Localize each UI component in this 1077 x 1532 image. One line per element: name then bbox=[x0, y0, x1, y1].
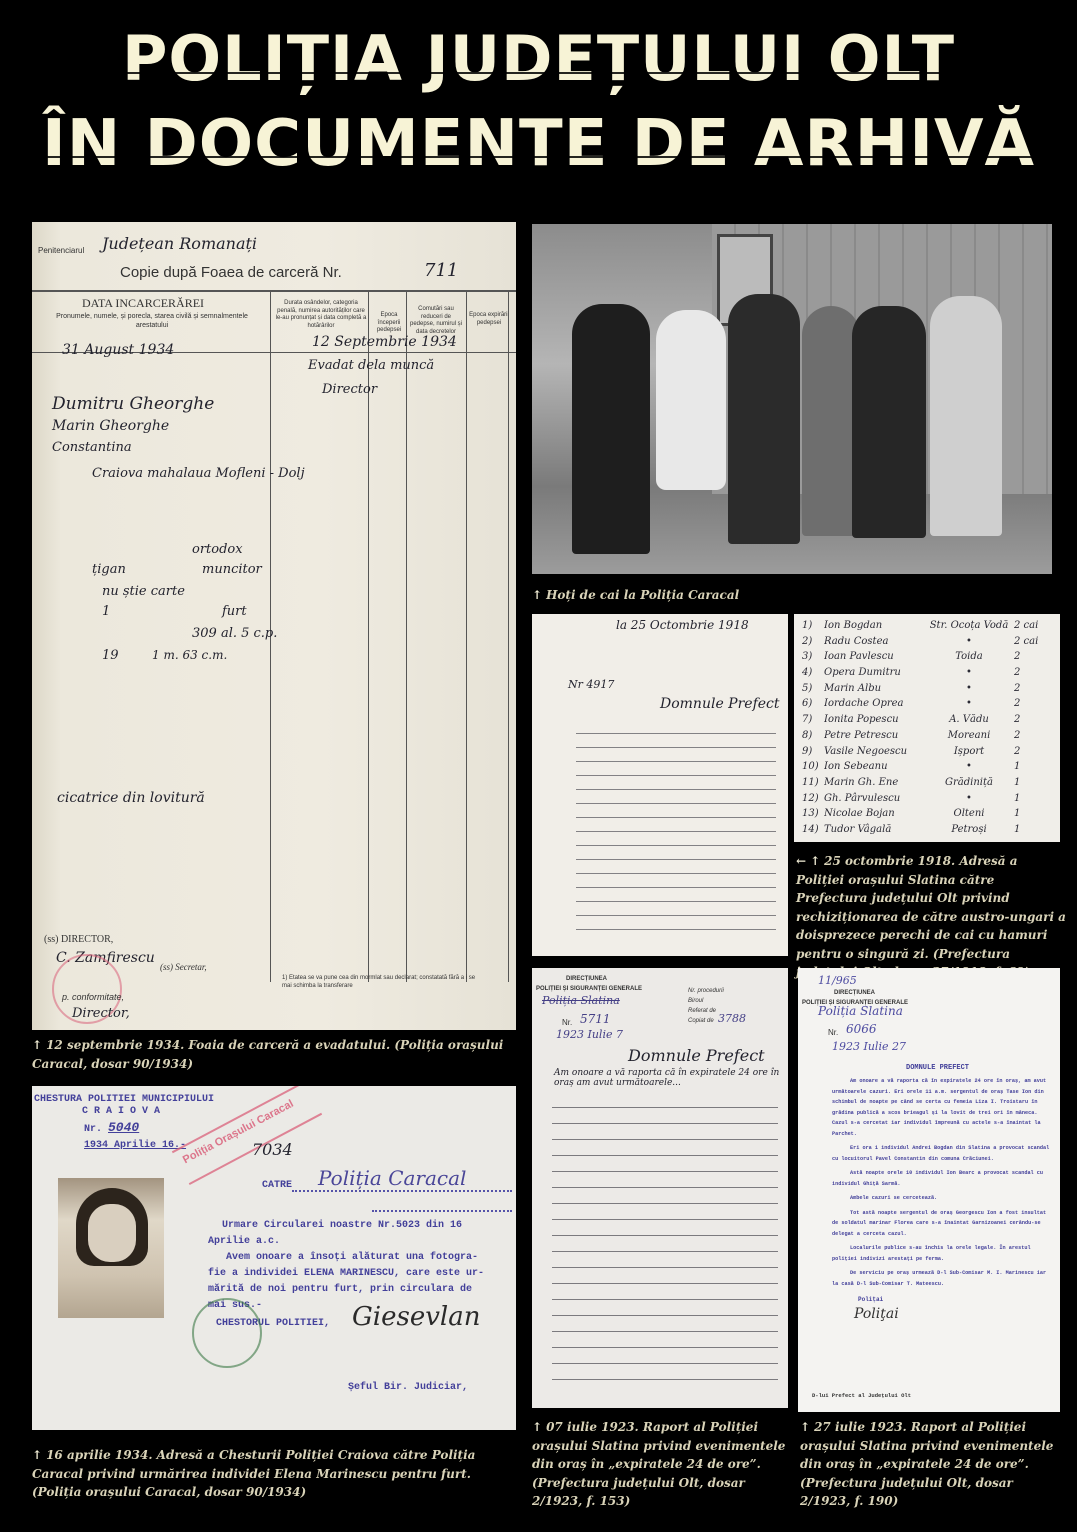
document-adresa-1918: la 25 Octombrie 1918 Nr 4917 Domnule Pre… bbox=[532, 614, 788, 956]
list-item: 3)Ioan PavlescuToida2 bbox=[802, 649, 1056, 665]
list-item: 5)Marin Albu•2 bbox=[802, 681, 1056, 697]
list-cell-count: 1 bbox=[1014, 822, 1054, 838]
body-line1: Urmare Circularei noastre Nr.5023 din 16 bbox=[222, 1220, 462, 1231]
list-cell-name: Tudor Vâgală bbox=[824, 822, 924, 838]
man-figure bbox=[728, 294, 800, 544]
list-cell-nr: 7) bbox=[802, 712, 824, 728]
column-line bbox=[508, 292, 509, 982]
white-horse-figure bbox=[656, 310, 726, 490]
penitenciar-value: Județean Romanați bbox=[102, 234, 257, 253]
arrow-up-icon: ↑ bbox=[532, 588, 542, 602]
doc-date: 1923 Iulie 7 bbox=[556, 1028, 623, 1041]
list-cell-count: 2 bbox=[1014, 649, 1054, 665]
arrow-up-icon: ↑ bbox=[800, 1420, 810, 1434]
report-paragraph: Am onoare a vă raporta că în expiratele … bbox=[832, 1076, 1054, 1139]
stamp-number: 7034 bbox=[252, 1140, 293, 1159]
list-item: 1)Ion BogdanStr. Ocoța Vodă2 cai bbox=[802, 618, 1056, 634]
list-cell-nr: 12) bbox=[802, 791, 824, 807]
list-cell-name: Iordache Oprea bbox=[824, 696, 924, 712]
children-count: 1 bbox=[102, 604, 110, 619]
handwritten-text-lines bbox=[576, 722, 776, 942]
list-cell-name: Nicolae Bojan bbox=[824, 806, 924, 822]
title-scratch-decoration bbox=[30, 156, 1047, 158]
note-signature: Director bbox=[322, 382, 377, 397]
title-scratch-decoration bbox=[30, 72, 1047, 74]
list-item: 9)Vasile NegoescuIșport2 bbox=[802, 744, 1056, 760]
recipient-label: CATRE bbox=[262, 1180, 292, 1191]
column-line bbox=[466, 292, 467, 982]
conform-director: Director, bbox=[72, 1006, 130, 1021]
reg-label-4: Copiat de bbox=[688, 1018, 714, 1024]
list-cell-place: Ișport bbox=[924, 744, 1014, 760]
report-paragraph: Ambele cazuri se cercetează. bbox=[832, 1193, 1054, 1204]
office: Poliția Slatina bbox=[542, 994, 620, 1007]
list-cell-place: • bbox=[924, 634, 1014, 650]
secretar-label: (ss) Secretar, bbox=[160, 962, 207, 972]
list-cell-nr: 9) bbox=[802, 744, 824, 760]
header-line2: C R A I O V A bbox=[82, 1106, 160, 1117]
header-line1: DIRECȚIUNEA bbox=[834, 990, 875, 996]
report-paragraph: Astă noapte orele 10 individul Ion Bearc… bbox=[832, 1168, 1054, 1189]
caption-07-iulie: ↑07 iulie 1923. Raport al Poliției orașu… bbox=[532, 1418, 794, 1511]
list-item: 10)Ion Sebeanu•1 bbox=[802, 759, 1056, 775]
number-label: Nr. bbox=[562, 1018, 572, 1027]
list-cell-name: Radu Costea bbox=[824, 634, 924, 650]
footnote: 1) Etatea se va pune cea din mormlat sau… bbox=[282, 974, 482, 990]
body-line4: fie a individei ELENA MARINESCU, care es… bbox=[208, 1268, 484, 1279]
gendarme-figure bbox=[572, 304, 650, 554]
caption-27-iulie: ↑27 iulie 1923. Raport al Poliției orașu… bbox=[800, 1418, 1062, 1511]
form-number: 711 bbox=[424, 260, 458, 281]
list-cell-count: 1 bbox=[1014, 806, 1054, 822]
arrow-up-icon: ↑ bbox=[810, 854, 820, 868]
man-figure bbox=[852, 306, 926, 538]
list-cell-nr: 4) bbox=[802, 665, 824, 681]
photo-hoti-de-cai: Fotografie: un jandarm și patru bărbați … bbox=[532, 224, 1052, 574]
birth-place: Craiova mahalaua Mofleni - Dolj bbox=[92, 466, 305, 481]
note-date: 12 Septembrie 1934 bbox=[312, 334, 457, 350]
doc-date: 1923 Iulie 27 bbox=[832, 1040, 906, 1053]
list-item: 7)Ionita PopescuA. Vădu2 bbox=[802, 712, 1056, 728]
religion: ortodox bbox=[192, 542, 243, 557]
green-stamp-icon bbox=[192, 1298, 262, 1368]
list-cell-count: 2 bbox=[1014, 696, 1054, 712]
list-cell-name: Opera Dumitru bbox=[824, 665, 924, 681]
father-name: Marin Gheorghe bbox=[52, 418, 169, 434]
report-paragraph: Localurile publice s-au închis la orele … bbox=[832, 1243, 1054, 1264]
col-data-header: DATA INCARCERĂREI bbox=[82, 296, 204, 311]
number-label: Nr. bbox=[84, 1124, 102, 1135]
document-lista-cai-1918: 1)Ion BogdanStr. Ocoța Vodă2 cai2)Radu C… bbox=[794, 614, 1060, 842]
list-cell-nr: 1) bbox=[802, 618, 824, 634]
form-heading: Copie după Foaea de carceră Nr. bbox=[120, 264, 342, 281]
article: 309 al. 5 c.p. bbox=[192, 626, 277, 641]
list-cell-nr: 10) bbox=[802, 759, 824, 775]
col-epoca-header: Epoca începerii pedepsei bbox=[371, 312, 407, 335]
list-cell-nr: 6) bbox=[802, 696, 824, 712]
list-cell-place: • bbox=[924, 759, 1014, 775]
list-cell-count: 1 bbox=[1014, 775, 1054, 791]
reg-number: 3788 bbox=[718, 1012, 746, 1025]
body-line3: Avem onoare a însoți alăturat una fotogr… bbox=[226, 1252, 478, 1263]
reg-label-1: Nr. procedurii bbox=[688, 988, 724, 994]
col-durata-header: Durata osândelor, categoria penală, numi… bbox=[275, 300, 367, 330]
note-escaped: Evadat dela muncă bbox=[308, 358, 434, 373]
doc-number: 6066 bbox=[846, 1022, 877, 1036]
arrow-left-icon: ← bbox=[796, 854, 806, 868]
recipient: Poliția Caracal bbox=[318, 1166, 466, 1190]
addressee: D-lui Prefect al Județului Olt bbox=[812, 1392, 911, 1399]
list-cell-name: Ioan Pavlescu bbox=[824, 649, 924, 665]
entry-date: 31 August 1934 bbox=[62, 342, 174, 358]
letter-greeting: DOMNULE PREFECT bbox=[906, 1064, 969, 1072]
dotted-line bbox=[292, 1190, 512, 1192]
poster-title-line2: ÎN DOCUMENTE DE ARHIVĂ bbox=[0, 112, 1077, 176]
list-cell-name: Marin Albu bbox=[824, 681, 924, 697]
doc-date: 1934 Aprilie 16.- bbox=[84, 1140, 186, 1151]
arrow-up-icon: ↑ bbox=[32, 1448, 42, 1462]
list-cell-name: Ion Sebeanu bbox=[824, 759, 924, 775]
caption-hoti: ↑Hoți de cai la Poliția Caracal bbox=[532, 586, 832, 605]
list-cell-name: Petre Petrescu bbox=[824, 728, 924, 744]
list-cell-name: Vasile Negoescu bbox=[824, 744, 924, 760]
list-cell-place: Toida bbox=[924, 649, 1014, 665]
chestor-signature: Giesevlan bbox=[352, 1302, 480, 1332]
list-cell-nr: 5) bbox=[802, 681, 824, 697]
report-paragraph: Tot astă noapte sergentul de oraș George… bbox=[832, 1208, 1054, 1240]
list-cell-nr: 14) bbox=[802, 822, 824, 838]
list-item: 14)Tudor VâgalăPetroși1 bbox=[802, 822, 1056, 838]
list-cell-place: Petroși bbox=[924, 822, 1014, 838]
caption-craiova: ↑16 aprilie 1934. Adresă a Chesturii Pol… bbox=[32, 1446, 520, 1502]
header-line1: DIRECȚIUNEA bbox=[566, 976, 607, 982]
document-raport-27-iulie-1923: 11/965 DIRECȚIUNEA POLIȚIEI ȘI SIGURANȚE… bbox=[798, 968, 1060, 1412]
director-label: (ss) DIRECTOR, bbox=[44, 934, 113, 945]
reg-label-3: Referat de bbox=[688, 1008, 716, 1014]
report-paragraph: De serviciu pe oraș urmează D-l Sub-Comi… bbox=[832, 1268, 1054, 1289]
face bbox=[88, 1204, 136, 1262]
letter-greeting: Domnule Prefect bbox=[660, 696, 780, 712]
list-item: 13)Nicolae BojanOlteni1 bbox=[802, 806, 1056, 822]
list-cell-place: Olteni bbox=[924, 806, 1014, 822]
list-cell-nr: 11) bbox=[802, 775, 824, 791]
body-line5: mărită de noi pentru furt, prin circular… bbox=[208, 1284, 472, 1295]
list-item: 12)Gh. Pârvulescu•1 bbox=[802, 791, 1056, 807]
document-raport-07-iulie-1923: DIRECȚIUNEA POLIȚIEI ȘI SIGURANȚEI GENER… bbox=[532, 968, 788, 1408]
man-figure bbox=[930, 296, 1002, 536]
list-cell-count: 2 bbox=[1014, 681, 1054, 697]
number-label: Nr. bbox=[828, 1028, 838, 1037]
col-comutari-header: Comutări sau reduceri de pedepse, numiru… bbox=[408, 306, 464, 336]
caption-carcera: ↑12 septembrie 1934. Foaia de carceră a … bbox=[32, 1036, 520, 1073]
police-chief-signature: Poliţai bbox=[854, 1306, 899, 1322]
list-cell-nr: 13) bbox=[802, 806, 824, 822]
list-cell-count: 2 bbox=[1014, 712, 1054, 728]
list-item: 11)Marin Gh. EneGrădiniță1 bbox=[802, 775, 1056, 791]
doc-number: 5040 bbox=[108, 1120, 139, 1135]
list-cell-name: Marin Gh. Ene bbox=[824, 775, 924, 791]
list-cell-place: Grădiniță bbox=[924, 775, 1014, 791]
horse-owners-list: 1)Ion BogdanStr. Ocoța Vodă2 cai2)Radu C… bbox=[802, 618, 1056, 838]
report-paragraphs: Am onoare a vă raporta că în expiratele … bbox=[832, 1076, 1054, 1293]
handwritten-text-lines bbox=[552, 1094, 778, 1390]
list-cell-place: Str. Ocoța Vodă bbox=[924, 618, 1014, 634]
col-expirare-header: Epoca expirării pedepsei bbox=[468, 312, 510, 327]
column-line bbox=[406, 292, 407, 982]
letter-number: Nr 4917 bbox=[568, 678, 614, 691]
list-cell-count: 2 bbox=[1014, 665, 1054, 681]
caption-1918: ←↑25 octombrie 1918. Adresă a Poliției o… bbox=[796, 852, 1066, 982]
list-cell-count: 1 bbox=[1014, 759, 1054, 775]
list-cell-count: 2 cai bbox=[1014, 618, 1054, 634]
letter-greeting: Domnule Prefect bbox=[628, 1046, 765, 1065]
doc-number: 5711 bbox=[580, 1012, 611, 1026]
list-cell-nr: 2) bbox=[802, 634, 824, 650]
arrested-for: furt bbox=[222, 604, 247, 619]
conform-label: p. conformitate, bbox=[62, 992, 124, 1002]
poster-title-line1: POLIȚIA JUDEȚULUI OLT bbox=[0, 28, 1077, 90]
office: Poliția Slatina bbox=[818, 1004, 903, 1018]
list-cell-name: Gh. Pârvulescu bbox=[824, 791, 924, 807]
col-data-sub: Pronumele, numele, și porecla, starea ci… bbox=[42, 312, 262, 330]
header-line1: CHESTURA POLITIEI MUNICIPIULUI bbox=[34, 1094, 214, 1105]
mother-name: Constantina bbox=[52, 440, 132, 455]
reg-label-2: Biroul bbox=[688, 998, 703, 1004]
list-cell-place: • bbox=[924, 696, 1014, 712]
divider bbox=[32, 290, 516, 292]
header-line2: POLIȚIEI ȘI SIGURANȚEI GENERALE bbox=[536, 986, 642, 992]
list-cell-place: A. Vădu bbox=[924, 712, 1014, 728]
sign-label: Polițai bbox=[858, 1296, 883, 1303]
list-cell-count: 2 cai bbox=[1014, 634, 1054, 650]
nationality: țigan bbox=[92, 562, 126, 577]
distinctive-marks: cicatrice din lovitură bbox=[57, 790, 205, 806]
list-cell-name: Ionita Popescu bbox=[824, 712, 924, 728]
photo-alt: Fotografie: un jandarm și patru bărbați … bbox=[532, 224, 533, 225]
list-cell-count: 2 bbox=[1014, 728, 1054, 744]
list-cell-place: • bbox=[924, 791, 1014, 807]
prisoner-name: Dumitru Gheorghe bbox=[52, 394, 214, 414]
list-item: 8)Petre PetrescuMoreani2 bbox=[802, 728, 1056, 744]
report-paragraph: Eri ora 1 individul Andrei Bogdan din Sl… bbox=[832, 1143, 1054, 1164]
age: 19 bbox=[102, 648, 119, 663]
list-cell-place: • bbox=[924, 665, 1014, 681]
document-foaia-carcera: Penitenciarul Județean Romanați Copie du… bbox=[32, 222, 516, 1030]
education: nu știe carte bbox=[102, 584, 185, 599]
letter-body-start: Am onoare a vă raporta că în expiratele … bbox=[554, 1068, 782, 1088]
chief-label: Șeful Bir. Judiciar, bbox=[348, 1382, 468, 1393]
penitenciar-label: Penitenciarul bbox=[38, 246, 84, 255]
list-item: 4)Opera Dumitru•2 bbox=[802, 665, 1056, 681]
list-item: 2)Radu Costea•2 cai bbox=[802, 634, 1056, 650]
letter-date: la 25 Octombrie 1918 bbox=[616, 618, 749, 632]
portrait-photo bbox=[58, 1178, 164, 1318]
list-cell-place: Moreani bbox=[924, 728, 1014, 744]
document-adresa-craiova-1934: CHESTURA POLITIEI MUNICIPIULUI C R A I O… bbox=[32, 1086, 516, 1430]
arrow-up-icon: ↑ bbox=[32, 1038, 42, 1052]
arrow-up-icon: ↑ bbox=[532, 1420, 542, 1434]
list-cell-nr: 8) bbox=[802, 728, 824, 744]
list-cell-count: 1 bbox=[1014, 791, 1054, 807]
list-item: 6)Iordache Oprea•2 bbox=[802, 696, 1056, 712]
list-cell-name: Ion Bogdan bbox=[824, 618, 924, 634]
height: 1 m. 63 c.m. bbox=[152, 648, 227, 662]
list-cell-nr: 3) bbox=[802, 649, 824, 665]
dotted-line bbox=[372, 1210, 512, 1212]
list-cell-count: 2 bbox=[1014, 744, 1054, 760]
list-cell-place: • bbox=[924, 681, 1014, 697]
body-line2: Aprilie a.c. bbox=[208, 1236, 280, 1247]
profession: muncitor bbox=[202, 562, 262, 577]
reg-number: 11/965 bbox=[818, 974, 857, 987]
